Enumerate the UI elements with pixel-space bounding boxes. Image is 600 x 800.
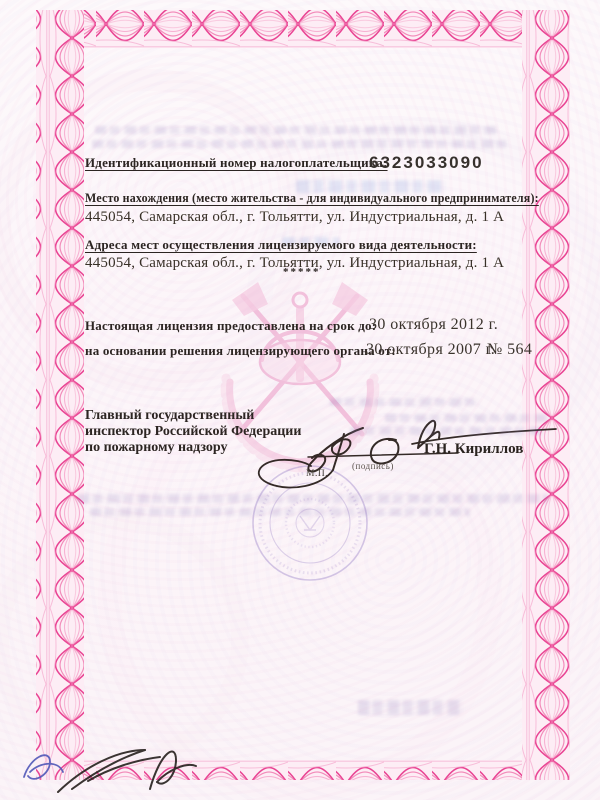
stars-separator: ***** bbox=[283, 266, 321, 278]
decision-label: на основании решения лицензирующего орга… bbox=[85, 343, 396, 359]
seal-place-abbr: М.П. bbox=[306, 469, 328, 479]
decision-number: № 564 bbox=[487, 341, 532, 359]
valid-until-value: 30 октября 2012 г. bbox=[369, 316, 498, 334]
signatory-title: Главный государственный инспектор Россий… bbox=[85, 408, 301, 456]
signatory-title-line2: инспектор Российской Федерации bbox=[85, 424, 301, 440]
signatory-title-line3: по пожарному надзору bbox=[85, 440, 301, 456]
location-value: 445054, Самарская обл., г. Тольятти, ул.… bbox=[85, 209, 504, 226]
valid-until-label: Настоящая лицензия предоставлена на срок… bbox=[85, 318, 376, 334]
signatory-title-line1: Главный государственный bbox=[85, 408, 301, 424]
location-label: Место нахождения (место жительства - для… bbox=[85, 190, 539, 206]
activity-addresses-label: Адреса мест осуществления лицензируемого… bbox=[85, 237, 477, 253]
signatory-name: Г.Н. Кириллов bbox=[424, 441, 523, 458]
signature-caption: (подпись) bbox=[352, 461, 394, 471]
decision-date-value: 30 октября 2007 г. bbox=[366, 341, 495, 359]
scanned-license-page: Идентификационный номер налогоплательщик… bbox=[0, 0, 600, 800]
inn-label: Идентификационный номер налогоплательщик… bbox=[85, 155, 388, 171]
inn-value: 6323033090 bbox=[369, 153, 484, 173]
security-artwork bbox=[0, 0, 600, 800]
